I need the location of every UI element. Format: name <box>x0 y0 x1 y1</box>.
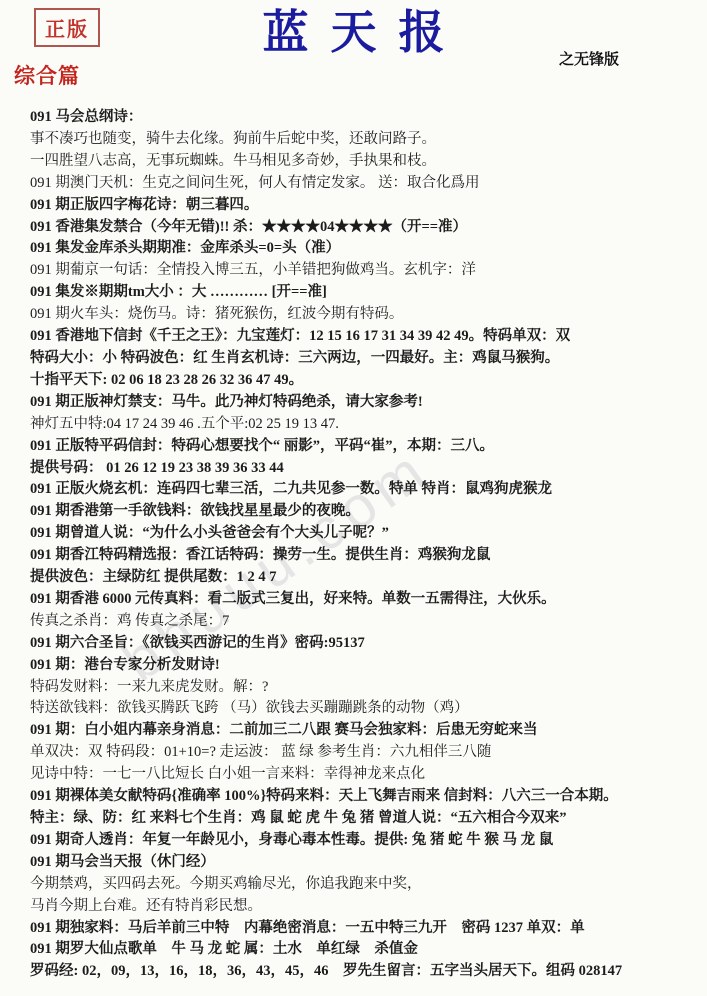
text-line: 091 期：港台专家分析发财诗! <box>30 655 701 677</box>
text-line: 091 期六合圣旨：《欲钱买西游记的生肖》密码:95137 <box>30 633 701 655</box>
edition-label: 之无锋版 <box>559 48 619 69</box>
text-line: 091 期曾道人说：“为什么小头爸爸会有个大头儿子呢？” <box>30 523 701 545</box>
text-line: 马肖今期上台难。还有特肖彩民想。 <box>30 896 701 918</box>
text-line: 091 期葡京一句话：全情投入博三五，小羊错把狗做鸡当。玄机字：洋 <box>30 260 701 282</box>
text-line: 单双决：双 特码段：01+10=? 走运波： 蓝 绿 参考生肖：六九相伴三八随 <box>30 742 701 764</box>
text-line: 091 期澳门天机：生克之间问生死，何人有情定发家。 送：取合化爲用 <box>30 173 701 195</box>
text-line: 091 正版火烧玄机：连码四七辈三活，二九共见参一数。特单 特肖：鼠鸡狗虎猴龙 <box>30 479 701 501</box>
text-line: 091 期：白小姐内幕亲身消息：二前加三二八跟 赛马会独家料：后患无穷蛇来当 <box>30 720 701 742</box>
text-line: 091 期罗大仙点歌单 牛 马 龙 蛇 属：土水 单红绿 杀值金 <box>30 939 701 961</box>
text-line: 事不凑巧也随变，骑牛去化缘。狗前牛后蛇中奖，还敢问路子。 <box>30 129 701 151</box>
text-line: 091 期香港 6000 元传真料：看二版式三复出，好来特。单数一五需得注，大伙… <box>30 589 701 611</box>
text-line: 091 期火车头：烧伤马。诗：猪死猴伤，红波今期有特码。 <box>30 304 701 326</box>
text-line: 091 期马会当天报（休门经） <box>30 852 701 874</box>
text-line: 091 集发※期期tm大小 ：大 ………… [开==准] <box>30 282 701 304</box>
text-line: 091 香港集发禁合（今年无错)!! 杀：★★★★04★★★★（开==准） <box>30 217 701 239</box>
text-line: 十指平天下: 02 06 18 23 28 26 32 36 47 49。 <box>30 370 701 392</box>
text-line: 今期禁鸡，买四码去死。今期买鸡输尽光，你追我跑来中奖， <box>30 874 701 896</box>
text-line: 提供波色：主绿防红 提供尾数：1 2 4 7 <box>30 567 701 589</box>
text-line: 091 香港地下信封《千王之王》：九宝莲灯：12 15 16 17 31 34 … <box>30 326 701 348</box>
text-line: 一四胜望八志高，无事玩蜘蛛。牛马相见多奇妙，手执果和枝。 <box>30 151 701 173</box>
text-line: 091 马会总纲诗： <box>30 107 701 129</box>
text-line: 091 集发金库杀头期期准：金库杀头=0=头（准） <box>30 238 701 260</box>
text-line: 091 期正版神灯禁支：马牛。此乃神灯特码绝杀，请大家参考! <box>30 392 701 414</box>
text-line: 特主：绿、防：红 来料七个生肖：鸡 鼠 蛇 虎 牛 兔 猪 曾道人说：“五六相合… <box>30 808 701 830</box>
text-line: 传真之杀肖：鸡 传真之杀尾：7 <box>30 611 701 633</box>
text-line: 罗码经: 02，09，13，16，18，36，43，45，46 罗先生留言：五字… <box>30 961 701 983</box>
section-title: 综合篇 <box>14 60 80 90</box>
text-line: 特送欲钱料：欲钱买腾跃飞跨 （马）欲钱去买蹦蹦跳条的动物（鸡） <box>30 698 701 720</box>
newspaper-page: 正版 蓝天报 之无锋版 综合篇 bhuuu.com 091 马会总纲诗：事不凑巧… <box>0 0 707 996</box>
text-line: 091 期香江特码精选报：香江话特码：操劳一生。提供生肖：鸡猴狗龙鼠 <box>30 545 701 567</box>
text-line: 神灯五中特:04 17 24 39 46 .五个平:02 25 19 13 47… <box>30 414 701 436</box>
text-line: 091 期香港第一手欲钱料：欲钱找星星最少的夜晚。 <box>30 501 701 523</box>
text-line: 091 期裸体美女献特码{准确率 100%}特码来料：天上飞舞吉雨来 信封料：八… <box>30 786 701 808</box>
content-lines: 091 马会总纲诗：事不凑巧也随变，骑牛去化缘。狗前牛后蛇中奖，还敢问路子。一四… <box>30 107 701 983</box>
text-line: 091 期正版四字梅花诗：朝三暮四。 <box>30 195 701 217</box>
text-line: 091 正版特平码信封：特码心想要找个“ 丽影”，平码“崔”，本期：三八。 <box>30 436 701 458</box>
text-line: 091 期奇人透肖：年复一年龄见小，身毒心毒本性毒。提供: 兔 猪 蛇 牛 猴 … <box>30 830 701 852</box>
text-line: 见诗中特：一七一八比短长 白小姐一言来料：幸得神龙来点化 <box>30 764 701 786</box>
text-line: 提供号码： 01 26 12 19 23 38 39 36 33 44 <box>30 458 701 480</box>
text-line: 特码发财料：一来九来虎发财。解：? <box>30 677 701 699</box>
text-line: 特码大小：小 特码波色：红 生肖玄机诗：三六两边，一四最好。主：鸡鼠马猴狗。 <box>30 348 701 370</box>
text-line: 091 期独家料：马后羊前三中特 内幕绝密消息：一五中特三九开 密码 1237 … <box>30 918 701 940</box>
